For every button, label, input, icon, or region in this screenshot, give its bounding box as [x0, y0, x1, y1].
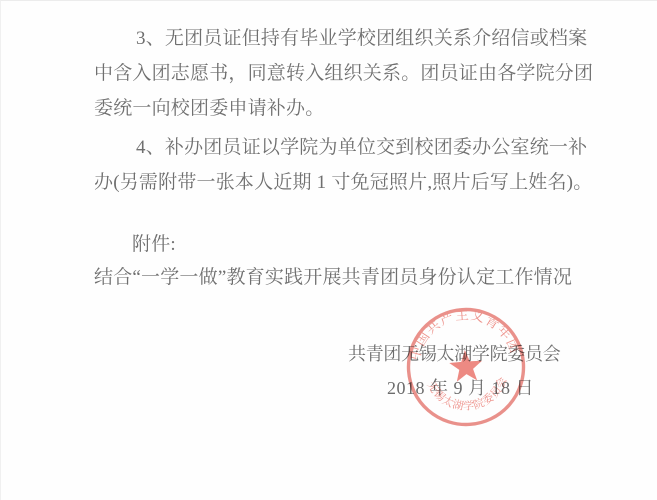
body-line-3: 委统一向校团委申请补办。 — [94, 98, 324, 120]
signature-date: 2018 年 9 月 18 日 — [387, 374, 534, 400]
attachment-title: 结合“一学一做”教育实践开展共青团员身份认定工作情况 — [94, 267, 572, 289]
body-line-4: 4、补办团员证以学院为单位交到校团委办公室统一补 — [136, 137, 587, 159]
body-line-5: 办(另需附带一张本人近期 1 寸免冠照片,照片后写上姓名)。 — [94, 172, 592, 194]
seal-ring — [405, 306, 528, 429]
body-line-2: 中含入团志愿书，同意转入组织关系。团员证由各学院分团 — [94, 63, 593, 85]
document-page: 3、无团员证但持有毕业学校团组织关系介绍信或档案 中含入团志愿书，同意转入组织关… — [0, 0, 657, 500]
official-seal: 中国共产主义青年团 无锡太湖学院委员会 — [403, 304, 529, 430]
body-line-1: 3、无团员证但持有毕业学校团组织关系介绍信或档案 — [136, 28, 587, 50]
attachment-label: 附件: — [132, 234, 176, 256]
signature-organization: 共青团无锡太湖学院委员会 — [348, 340, 560, 366]
